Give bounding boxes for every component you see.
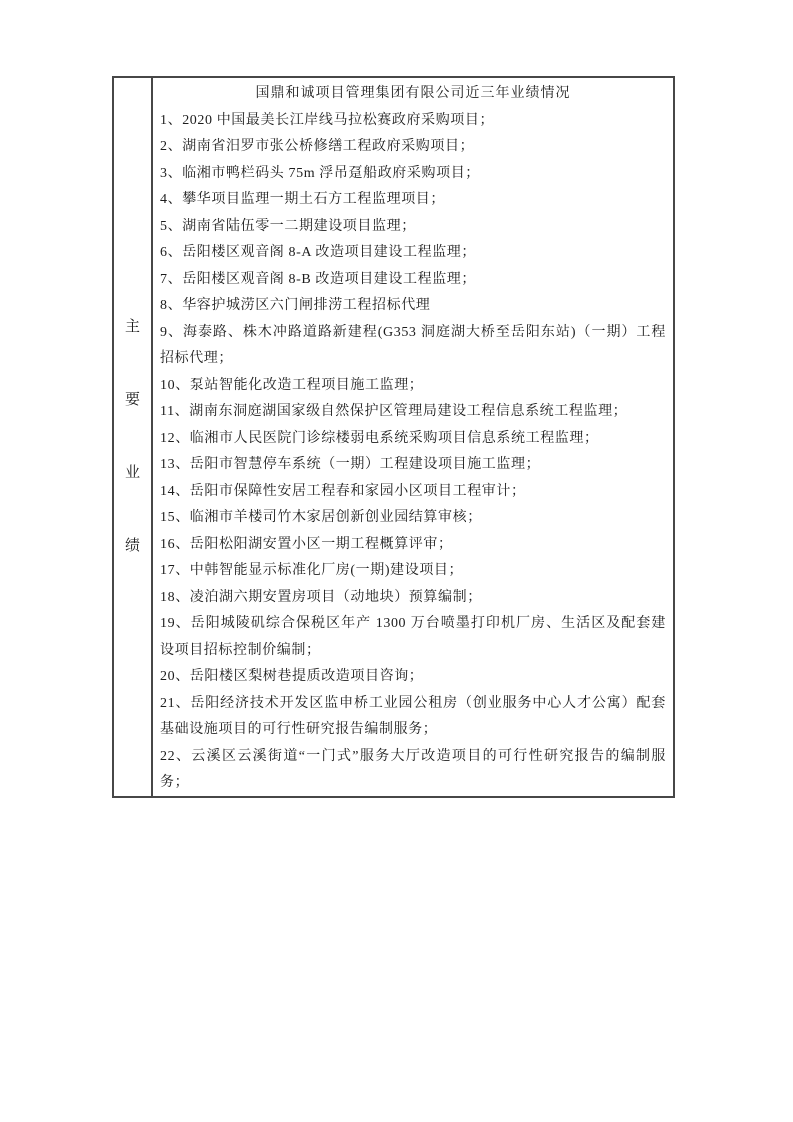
achievement-item: 1、2020 中国最美长江岸线马拉松赛政府采购项目；	[160, 108, 666, 135]
achievement-item: 20、岳阳楼区梨树巷提质改造项目咨询；	[160, 664, 666, 691]
achievement-item: 22、云溪区云溪街道“一门式”服务大厅改造项目的可行性研究报告的编制服务；	[160, 744, 666, 797]
table-title: 国鼎和诚项目管理集团有限公司近三年业绩情况	[160, 81, 666, 108]
achievement-item: 11、湖南东洞庭湖国家级自然保护区管理局建设工程信息系统工程监理；	[160, 399, 666, 426]
achievement-item: 13、岳阳市智慧停车系统（一期）工程建设项目施工监理；	[160, 452, 666, 479]
achievement-item: 18、凌泊湖六期安置房项目（动地块）预算编制；	[160, 585, 666, 612]
achievement-item: 21、岳阳经济技术开发区监申桥工业园公租房（创业服务中心人才公寓）配套基础设施项…	[160, 691, 666, 744]
achievement-item: 7、岳阳楼区观音阁 8-B 改造项目建设工程监理；	[160, 267, 666, 294]
content-cell: 国鼎和诚项目管理集团有限公司近三年业绩情况 1、2020 中国最美长江岸线马拉松…	[153, 78, 673, 796]
achievement-item: 4、攀华项目监理一期土石方工程监理项目；	[160, 187, 666, 214]
row-header-char: 要	[125, 393, 140, 408]
achievement-item: 14、岳阳市保障性安居工程春和家园小区项目工程审计；	[160, 479, 666, 506]
achievement-item: 9、海泰路、株木冲路道路新建程(G353 洞庭湖大桥至岳阳东站)（一期）工程招标…	[160, 320, 666, 373]
row-header-cell: 主 要 业 绩	[114, 78, 153, 796]
achievement-item: 17、中韩智能显示标准化厂房(一期)建设项目；	[160, 558, 666, 585]
achievement-item: 10、泵站智能化改造工程项目施工监理；	[160, 373, 666, 400]
achievement-item: 5、湖南省陆伍零一二期建设项目监理；	[160, 214, 666, 241]
achievement-item: 19、岳阳城陵矶综合保税区年产 1300 万台喷墨打印机厂房、生活区及配套建设项…	[160, 611, 666, 664]
document-page: 主 要 业 绩 国鼎和诚项目管理集团有限公司近三年业绩情况 1、2020 中国最…	[0, 0, 793, 1122]
achievement-item: 15、临湘市羊楼司竹木家居创新创业园结算审核；	[160, 505, 666, 532]
achievement-item: 16、岳阳松阳湖安置小区一期工程概算评审；	[160, 532, 666, 559]
row-header-char: 绩	[125, 539, 140, 554]
achievement-item: 3、临湘市鸭栏码头 75m 浮吊趸船政府采购项目；	[160, 161, 666, 188]
achievement-item: 6、岳阳楼区观音阁 8-A 改造项目建设工程监理；	[160, 240, 666, 267]
achievement-item: 2、湖南省汨罗市张公桥修缮工程政府采购项目；	[160, 134, 666, 161]
performance-table: 主 要 业 绩 国鼎和诚项目管理集团有限公司近三年业绩情况 1、2020 中国最…	[112, 76, 675, 798]
row-header-char: 业	[125, 466, 140, 481]
achievement-item: 8、华容护城涝区六门闸排涝工程招标代理	[160, 293, 666, 320]
row-header-char: 主	[125, 320, 140, 335]
achievement-item: 12、临湘市人民医院门诊综楼弱电系统采购项目信息系统工程监理；	[160, 426, 666, 453]
